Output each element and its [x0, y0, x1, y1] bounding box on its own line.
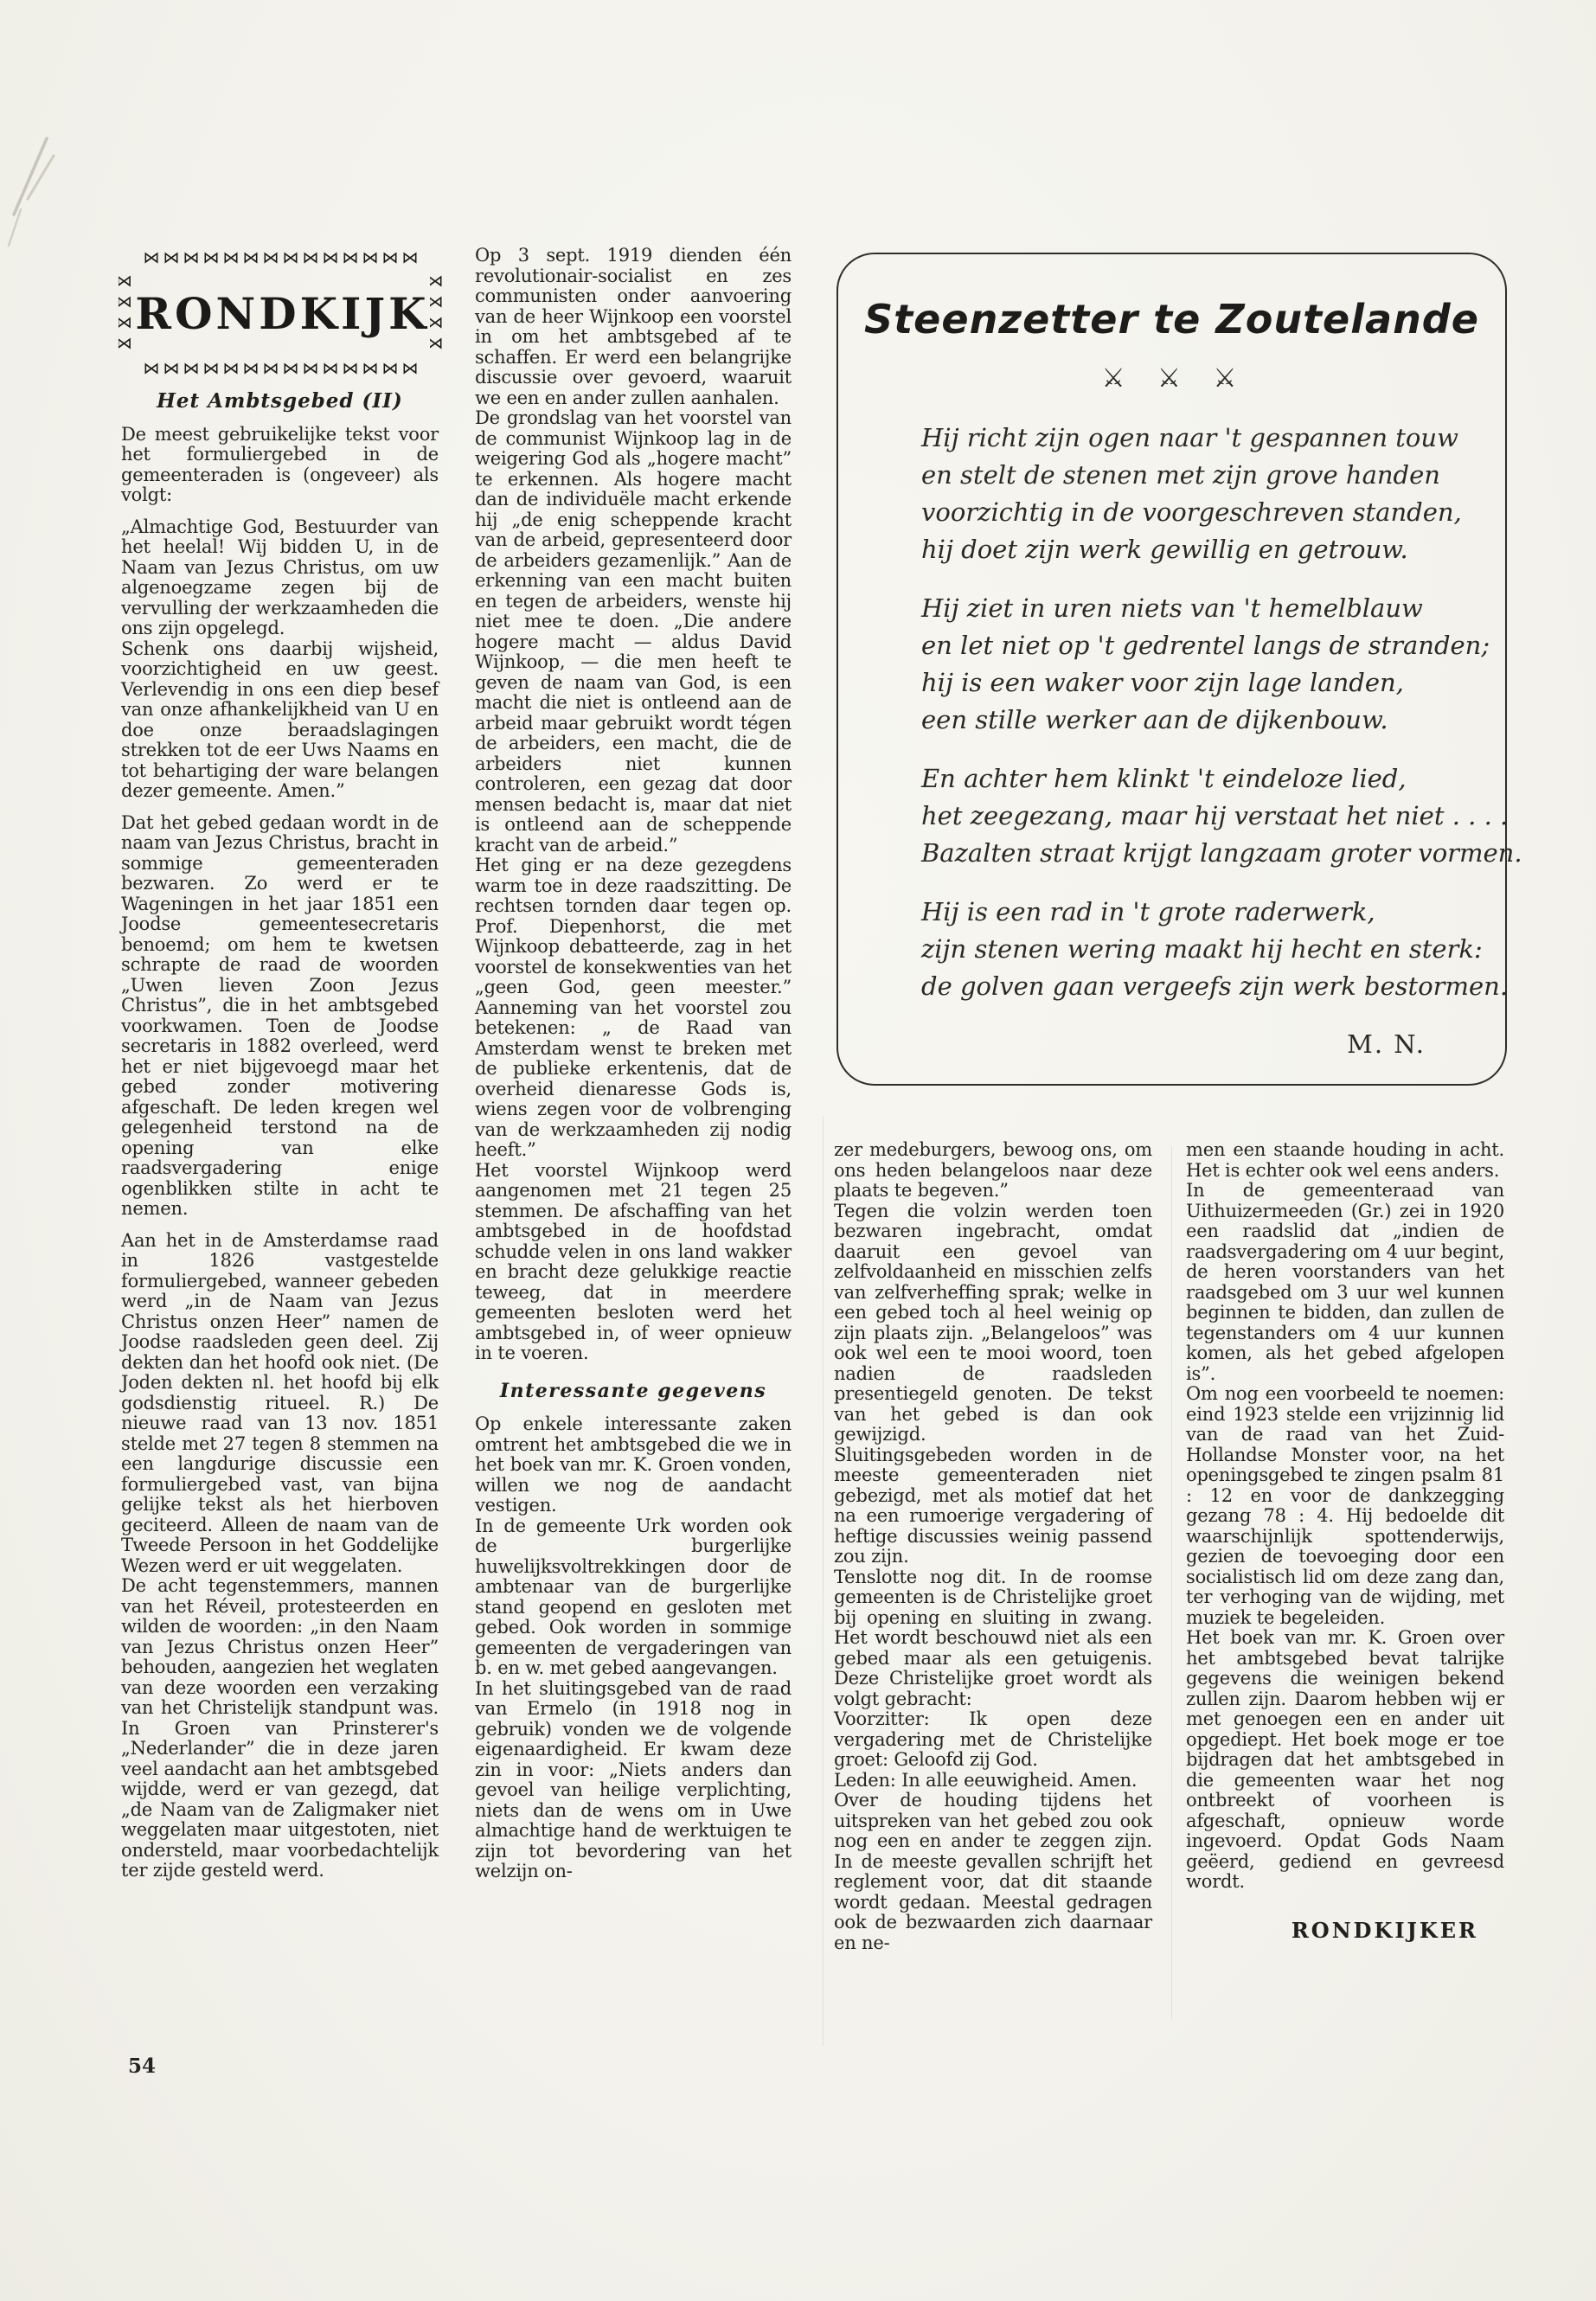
paragraph: Het voorstel Wijnkoop werd aangenomen me… [475, 1161, 792, 1364]
poem-signature: M. N. [921, 1029, 1429, 1059]
paragraph: Het boek van mr. K. Groen over het ambts… [1186, 1628, 1504, 1893]
paragraph: Om nog een voorbeeld te noemen: eind 192… [1186, 1384, 1504, 1628]
poem-title: Steenzetter te Zoutelande [838, 296, 1505, 343]
right-column-a: zer medeburgers, bewoog ons, om ons hede… [834, 1140, 1152, 1953]
poem-card: Steenzetter te Zoutelande ⚔ ⚔ ⚔ Hij rich… [836, 253, 1507, 1086]
poem-stanza: Hij richt zijn ogen naar 't gespannen to… [921, 420, 1429, 568]
poem-stanza: Hij is een rad in 't grote raderwerk, zi… [921, 894, 1429, 1005]
paragraph: Aan het in de Amsterdamse raad in 1826 v… [121, 1231, 439, 1577]
poem-line: voorzichtig in de voorgeschreven standen… [921, 494, 1429, 531]
paragraph: Dat het gebed gedaan wordt in de naam va… [121, 813, 439, 1220]
paragraph: zer medeburgers, bewoog ons, om ons hede… [834, 1140, 1152, 1202]
masthead-title: RONDKIJK [135, 269, 429, 357]
paragraph: In de gemeenteraad van Uithuizermeeden (… [1186, 1181, 1504, 1384]
pencil-mark [2, 130, 64, 251]
paragraph: Leden: In alle eeuwigheid. Amen. [834, 1771, 1152, 1791]
ornament-border-top-icon: ⋈⋈⋈⋈⋈⋈⋈⋈⋈⋈⋈⋈⋈⋈ [119, 247, 446, 269]
right-column-b: men een staande houding in acht. Het is … [1186, 1140, 1504, 1940]
magazine-page: ⋈⋈⋈⋈⋈⋈⋈⋈⋈⋈⋈⋈⋈⋈ ⋈⋈⋈⋈ RONDKIJK ⋈⋈⋈⋈ ⋈⋈⋈⋈⋈⋈… [0, 0, 1596, 2301]
ornament-border-bottom-icon: ⋈⋈⋈⋈⋈⋈⋈⋈⋈⋈⋈⋈⋈⋈ [119, 357, 446, 380]
poem-line: de golven gaan vergeefs zijn werk bestor… [921, 968, 1429, 1005]
crossed-swords-ornament-icon: ⚔ ⚔ ⚔ [845, 363, 1505, 394]
ornament-border-right-icon: ⋈⋈⋈⋈ [430, 269, 446, 357]
poem-line: Hij richt zijn ogen naar 't gespannen to… [921, 420, 1429, 457]
paragraph: Tenslotte nog dit. In de roomse gemeente… [834, 1567, 1152, 1710]
paragraph: Op enkele interessante zaken omtrent het… [475, 1414, 792, 1516]
paragraph: In de gemeente Urk worden ook de burgerl… [475, 1516, 792, 1679]
paragraph: Tegen die volzin werden toen bezwaren in… [834, 1202, 1152, 1445]
middle-column: Op 3 sept. 1919 dienden één revolutionai… [475, 246, 792, 1882]
poem-body: Hij richt zijn ogen naar 't gespannen to… [838, 420, 1505, 1059]
poem-line: en let niet op 't gedrentel langs de str… [921, 627, 1429, 664]
paragraph: Voorzitter: Ik open deze vergadering met… [834, 1709, 1152, 1771]
paragraph: „Almachtige God, Bestuurder van het heel… [121, 517, 439, 639]
poem-line: En achter hem klinkt 't eindeloze lied, [921, 760, 1429, 798]
ornament-border-left-icon: ⋈⋈⋈⋈ [119, 269, 135, 357]
paragraph: Sluitingsgebeden worden in de meeste gem… [834, 1445, 1152, 1567]
poem-line: Hij is een rad in 't grote raderwerk, [921, 894, 1429, 931]
paragraph: In het sluitingsgebed van de raad van Er… [475, 1679, 792, 1882]
author-signature: RONDKIJKER [1186, 1920, 1504, 1941]
paragraph: Op 3 sept. 1919 dienden één revolutionai… [475, 246, 792, 408]
poem-line: het zeegezang, maar hij verstaat het nie… [921, 798, 1429, 835]
poem-line: hij is een waker voor zijn lage landen, [921, 664, 1429, 702]
article-heading: Het Ambtsgebed (II) [121, 391, 439, 412]
paragraph: De grondslag van het voorstel van de com… [475, 408, 792, 856]
paragraph: Over de houding tijdens het uitspreken v… [834, 1791, 1152, 1953]
column-rule [1171, 1146, 1172, 2020]
poem-stanza: Hij ziet in uren niets van 't hemelblauw… [921, 590, 1429, 739]
poem-line: een stille werker aan de dijkenbouw. [921, 702, 1429, 739]
poem-line: zijn stenen wering maakt hij hecht en st… [921, 931, 1429, 968]
poem-line: Bazalten straat krijgt langzaam groter v… [921, 835, 1429, 872]
column-rule [823, 1116, 824, 2046]
section-subheading: Interessante gegevens [475, 1381, 792, 1402]
page-number: 54 [128, 2054, 156, 2078]
paragraph: men een staande houding in acht. Het is … [1186, 1140, 1504, 1181]
poem-stanza: En achter hem klinkt 't eindeloze lied, … [921, 760, 1429, 872]
paragraph: De acht tegenstemmers, mannen van het Ré… [121, 1576, 439, 1881]
poem-line: Hij ziet in uren niets van 't hemelblauw [921, 590, 1429, 627]
masthead-box: ⋈⋈⋈⋈⋈⋈⋈⋈⋈⋈⋈⋈⋈⋈ ⋈⋈⋈⋈ RONDKIJK ⋈⋈⋈⋈ ⋈⋈⋈⋈⋈⋈… [119, 247, 446, 380]
paragraph: Het ging er na deze gezegdens warm toe i… [475, 856, 792, 1161]
poem-line: en stelt de stenen met zijn grove handen [921, 457, 1429, 494]
paragraph: De meest gebruikelijke tekst voor het fo… [121, 425, 439, 506]
paragraph: Schenk ons daarbij wijsheid, voorzichtig… [121, 639, 439, 802]
poem-line: hij doet zijn werk gewillig en getrouw. [921, 531, 1429, 568]
left-column: Het Ambtsgebed (II) De meest gebruikelij… [121, 391, 439, 1881]
